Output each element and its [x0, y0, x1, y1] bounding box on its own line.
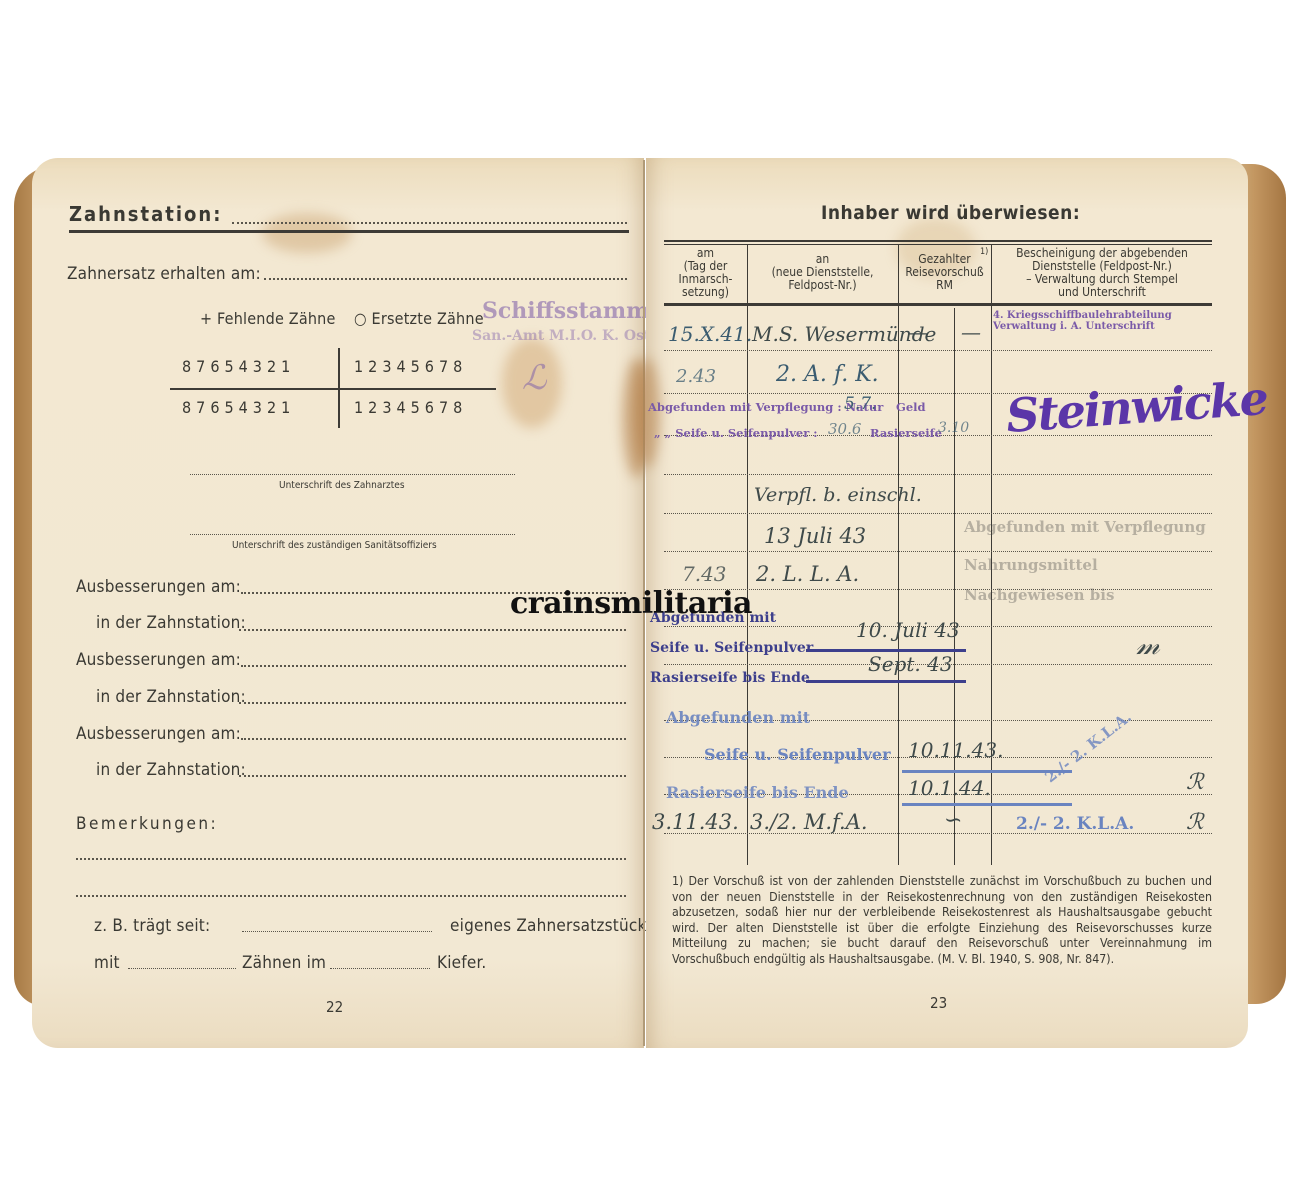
navy-stamp-line-3: Rasierseife bis Ende	[650, 670, 810, 686]
remarks-field-2[interactable]	[76, 895, 626, 897]
navy-stamp-line-2: Seife u. Seifenpulver	[650, 640, 813, 656]
remarks-label: Bemerkungen:	[76, 814, 218, 834]
repairs-station-field-1[interactable]	[239, 629, 626, 631]
entry-1-date: 15.X.41.	[668, 322, 752, 346]
row-rule	[664, 513, 1212, 514]
jaw-divider-vertical	[338, 348, 340, 428]
table-top-rule	[664, 240, 1212, 242]
page-number-22: 22	[326, 998, 343, 1016]
repairs-station-label-3: in der Zahnstation:	[96, 760, 246, 780]
officer-signature-field[interactable]	[190, 534, 515, 535]
dentist-signature-label: Unterschrift des Zahnarztes	[279, 480, 405, 491]
lower-right-teeth[interactable]: 12345678	[354, 398, 467, 417]
initials-signature-3: ℛ	[1186, 810, 1204, 835]
footnote-marker: 1)	[980, 247, 988, 257]
lightblue-stamp-value-1: 10.11.43.	[908, 738, 1003, 762]
open-paybook: Zahnstation: Zahnersatz erhalten am: + F…	[14, 158, 1286, 1050]
remarks-field-1[interactable]	[76, 858, 626, 860]
wears-since-label: z. B. trägt seit:	[94, 916, 210, 936]
officer-signature-purple: Steinwicke	[1004, 371, 1268, 443]
dental-station-field[interactable]	[232, 222, 627, 224]
repairs-field-2[interactable]	[241, 665, 626, 667]
repairs-label-3: Ausbesserungen am:	[76, 724, 241, 744]
entry-6-date: 3.11.43.	[652, 810, 739, 834]
entry-2-date: 2.43	[676, 366, 716, 387]
with-label: mit	[94, 953, 120, 973]
upper-left-teeth[interactable]: 87654321	[182, 357, 295, 376]
page-number-23: 23	[930, 994, 947, 1012]
jaw-field[interactable]	[330, 968, 430, 969]
faded-stamp-line-3: Nachgewiesen bis	[964, 586, 1114, 604]
repairs-station-field-3[interactable]	[239, 775, 626, 777]
lightblue-stamp-line-2: Seife u. Seifenpulver	[704, 745, 891, 764]
jaw-divider-horizontal	[170, 388, 496, 390]
repairs-label-1: Ausbesserungen am:	[76, 577, 241, 597]
entry-1-rm: —	[908, 320, 928, 344]
col-header-date: am (Tag der Inmarsch- setzung)	[664, 247, 747, 299]
transfer-title: Inhaber wird überwiesen:	[821, 202, 1080, 224]
dental-station-title: Zahnstation:	[69, 202, 222, 226]
title-rule	[69, 230, 629, 233]
entry-1-rm-2: —	[961, 320, 981, 344]
repairs-station-field-2[interactable]	[239, 702, 626, 704]
provisions-geld-label: Geld	[896, 400, 926, 414]
entry-2-destination: 2. A. f. K.	[776, 362, 879, 387]
entry-5-date: 7.43	[682, 562, 727, 586]
entry-6-destination: 3./2. M.f.A.	[750, 810, 868, 834]
repairs-field-3[interactable]	[241, 738, 626, 740]
row-rule	[664, 474, 1212, 475]
row-rule	[664, 551, 1212, 552]
initials-signature-1: 𝓂	[1136, 628, 1160, 662]
footnote-text: 1) Der Vorschuß ist von der zahlenden Di…	[672, 874, 1212, 968]
navy-stamp-rule-2	[806, 680, 966, 683]
faded-stamp-line-2: Nahrungsmittel	[964, 556, 1098, 574]
soap-stamp-line: „ „ Seife u. Seifenpulver :	[654, 426, 818, 440]
entry-1-certification-stamp: 4. Kriegsschiffbauleh­rabteilung Verwalt…	[993, 310, 1213, 332]
entry-6-rm: ∽	[944, 808, 962, 833]
entry-6-certification-stamp: 2./- 2. K.L.A.	[1016, 814, 1134, 834]
entry-3-destination: Verpfl. b. einschl.	[754, 484, 922, 506]
col-header-destination: an (neue Dienststelle, Feldpost-Nr.)	[747, 253, 898, 292]
lightblue-stamp-value-2: 10.1.44.	[908, 776, 991, 800]
replaced-teeth-legend: ○ Ersetzte Zähne	[354, 309, 484, 328]
wears-since-field[interactable]	[242, 931, 432, 932]
entry-4-destination: 13 Juli 43	[764, 524, 866, 548]
navy-stamp-value-1: 10. Juli 43	[856, 618, 960, 642]
faded-stamp-line-1: Abgefunden mit Verpflegung	[964, 518, 1206, 536]
dental-chart: 87654321 12345678 87654321 12345678	[170, 348, 520, 438]
upper-right-teeth[interactable]: 12345678	[354, 357, 467, 376]
navy-stamp-value-2: Sept. 43	[868, 652, 953, 676]
officer-signature-label: Unterschrift des zuständigen Sanitätsoff…	[232, 540, 437, 551]
own-denture-label: eigenes Zahnersatzstück	[450, 916, 647, 936]
received-label: Zahnersatz erhalten am:	[67, 264, 261, 284]
initials-signature-2: ℛ	[1186, 770, 1204, 795]
soap-value: 30.6	[828, 420, 861, 438]
repairs-station-label-2: in der Zahnstation:	[96, 687, 246, 707]
water-stain	[262, 213, 352, 253]
lightblue-stamp-line-1: Abgefunden mit	[666, 708, 810, 727]
dentist-signature-field[interactable]	[190, 474, 515, 475]
faded-signature: ℒ	[522, 358, 547, 398]
row-rule	[664, 350, 1212, 351]
col-header-certification: Bescheinigung der abgebenden Dienststell…	[991, 247, 1213, 299]
teeth-count-field[interactable]	[128, 968, 236, 969]
teeth-in-label: Zähnen im	[242, 953, 326, 973]
col-header-advance: Gezahlter Reisevorschuß RM	[898, 253, 991, 292]
watermark: crainsmilitaria	[510, 586, 752, 621]
jaw-label: Kiefer.	[437, 953, 486, 973]
repairs-station-label-1: in der Zahnstation:	[96, 613, 246, 633]
entry-5-destination: 2. L. L. A.	[756, 562, 859, 586]
shaving-soap-label: Rasierseife	[870, 426, 942, 440]
shaving-soap-value: 3.10	[938, 420, 969, 436]
received-field[interactable]	[264, 278, 627, 280]
lightblue-stamp-line-3: Rasierseife bis Ende	[666, 783, 849, 802]
lightblue-rule-2	[902, 803, 1072, 806]
repairs-label-2: Ausbesserungen am:	[76, 650, 241, 670]
lower-left-teeth[interactable]: 87654321	[182, 398, 295, 417]
provisions-natur-value: 5.7.	[844, 394, 876, 414]
missing-teeth-legend: + Fehlende Zähne	[200, 309, 336, 328]
